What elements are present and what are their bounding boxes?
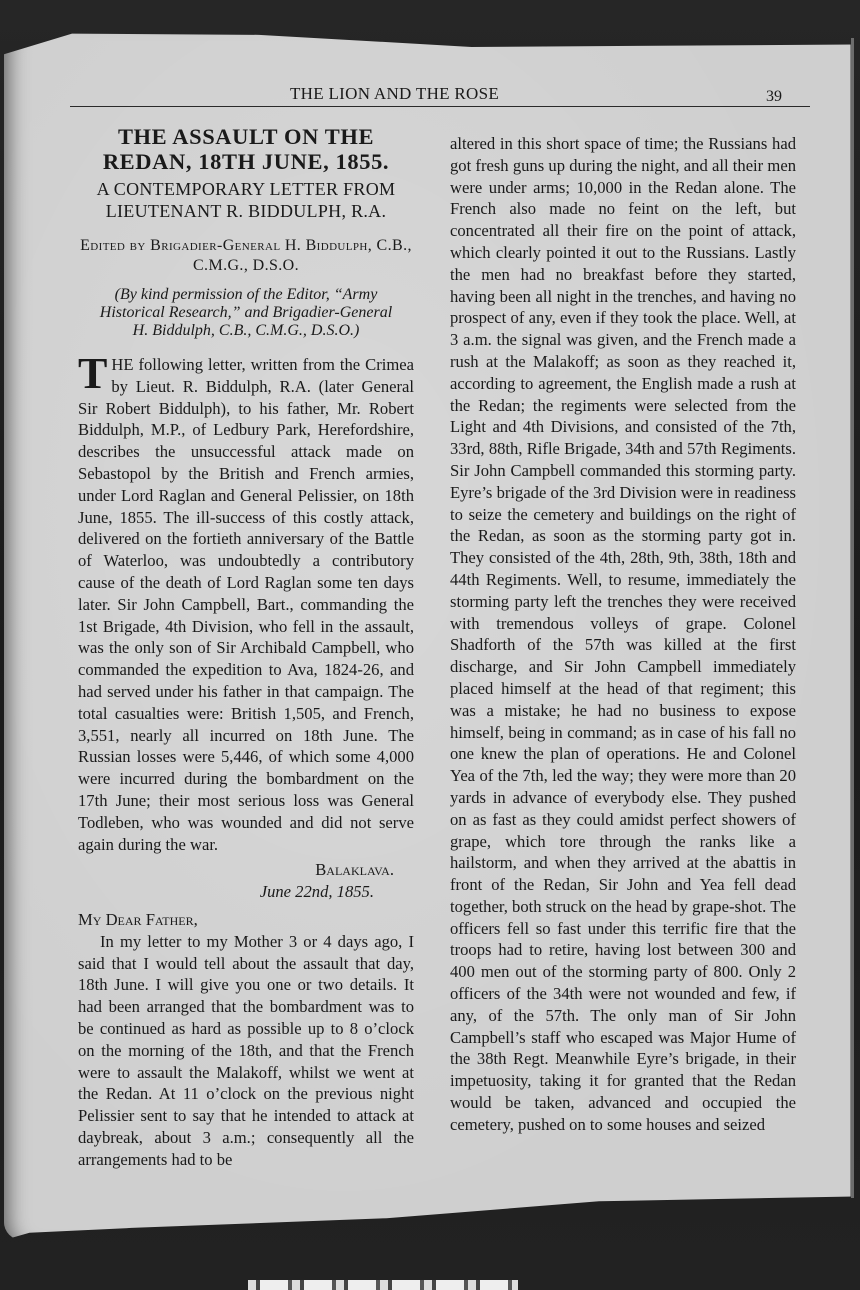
intro-paragraph: THE following letter, written from the C… [78,354,414,855]
letter-date: June 22nd, 1855. [78,881,414,903]
letter-salutation: My Dear Father, [78,909,414,931]
permission-note: (By kind permission of the Editor, “Army… [78,286,414,340]
article-headline: THE ASSAULT ON THE REDAN, 18TH JUNE, 185… [78,124,414,174]
letter-body-right: altered in this short space of time; the… [450,133,796,1136]
running-head: THE LION AND THE ROSE 39 [70,82,810,107]
page-edge [851,38,854,1198]
running-head-title: THE LION AND THE ROSE [290,84,499,104]
drop-cap: T [78,356,107,392]
left-column: THE ASSAULT ON THE REDAN, 18TH JUNE, 185… [78,120,414,1170]
article-subheadline: A CONTEMPORARY LETTER FROM LIEUTENANT R.… [78,178,414,222]
intro-text: HE following letter, written from the Cr… [78,355,414,854]
page-number: 39 [766,88,782,106]
editor-credit: Edited by Brigadier-General H. Biddulph,… [78,236,414,276]
scan-color-bar [248,1280,518,1290]
letter-body-left: In my letter to my Mother 3 or 4 days ag… [78,931,414,1171]
letter-place: Balaklava. [78,859,414,881]
right-column: altered in this short space of time; the… [450,133,796,1136]
